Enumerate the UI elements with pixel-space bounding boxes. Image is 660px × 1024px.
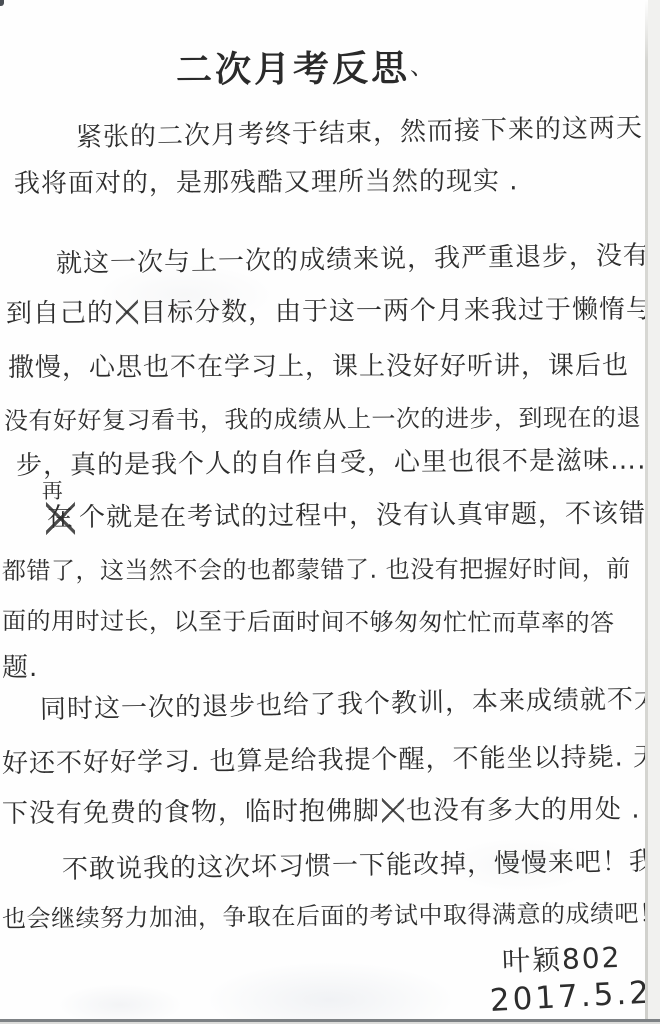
title-stray-mark: 、: [410, 52, 437, 80]
paragraph5-line2: 也会继续努力加油，争取在后面的考试中取得满意的成绩吧！: [2, 898, 660, 934]
paragraph4-line1: 同时这一次的退步也给了我个教训，本来成绩就不太: [40, 683, 660, 726]
corner-speck: [0, 0, 4, 6]
paragraph2-line1: 就这一次与上一次的成绩来说，我严重退步，没有达: [56, 239, 660, 280]
correction-insert: 再在: [46, 502, 75, 535]
paragraph3-line4: 题.: [2, 652, 38, 685]
paragraph3-line1: 再在个就是在考试的过程中，没有认真审题，不该错的: [46, 498, 660, 535]
signature-name-class: 叶颖802: [501, 940, 622, 979]
scratched-out-character: [116, 299, 138, 325]
paragraph2-line4: 没有好好复习看书，我的成绩从上一次的进步，到现在的退: [4, 403, 641, 436]
paper-bottom-edge-line: [0, 1019, 660, 1022]
paragraph2-line2-before: 到自己的: [6, 298, 114, 329]
paragraph1-line1: 紧张的二次月考终于结束，然而接下来的这两天，: [76, 112, 660, 155]
paragraph5-line1: 不敢说我的这次坏习惯一下能改掉，慢慢来吧！我: [62, 846, 656, 887]
paragraph1-line2: 我将面对的，是那残酷又理所当然的现实 .: [14, 165, 519, 200]
paragraph2-line2-after: 目标分数，由于这一两个月来我过于懒惰与: [140, 294, 653, 328]
paragraph4-line3-before: 下没有免费的食物，临时抱佛脚: [2, 796, 380, 829]
paragraph2-line3: 撒慢，心思也不在学习上，课上没好好听讲，课后也: [8, 350, 629, 385]
paragraph2-line5: 步，真的是我个人的自作自受，心里也很不是滋味……: [16, 444, 660, 482]
scratched-out-character: [382, 797, 404, 823]
paper-right-edge-line: [645, 0, 648, 1024]
paragraph4-line3: 下没有免费的食物，临时抱佛脚也没有多大的用处 .: [2, 794, 641, 831]
correction-inserted-char: 再: [42, 478, 63, 504]
paper-right-edge-band: [648, 0, 660, 1024]
paragraph3-line2: 都错了，这当然不会的也都蒙错了. 也没有把握好时间，前: [2, 554, 631, 586]
paragraph3-line1-rest: 个就是在考试的过程中，没有认真审题，不该错的: [79, 499, 660, 533]
paragraph3-line3: 面的用时过长，以至于后面时间不够匆匆忙忙而草率的答: [2, 606, 615, 638]
essay-title-text: 二次月考反思: [176, 48, 410, 91]
signature-date: 2017.5.27: [489, 972, 660, 1020]
handwritten-essay-page: 二次月考反思、 紧张的二次月考终于结束，然而接下来的这两天， 我将面对的，是那残…: [0, 0, 660, 1024]
paragraph2-line2: 到自己的目标分数，由于这一两个月来我过于懒惰与: [6, 293, 653, 330]
paragraph4-line3-after: 也没有多大的用处 .: [406, 795, 641, 827]
paragraph4-line2: 好还不好好学习. 也算是给我提个醒，不能坐以持毙. 天: [2, 741, 660, 780]
correction-crossed-char: 在: [46, 502, 75, 535]
essay-title: 二次月考反思、: [176, 46, 437, 93]
